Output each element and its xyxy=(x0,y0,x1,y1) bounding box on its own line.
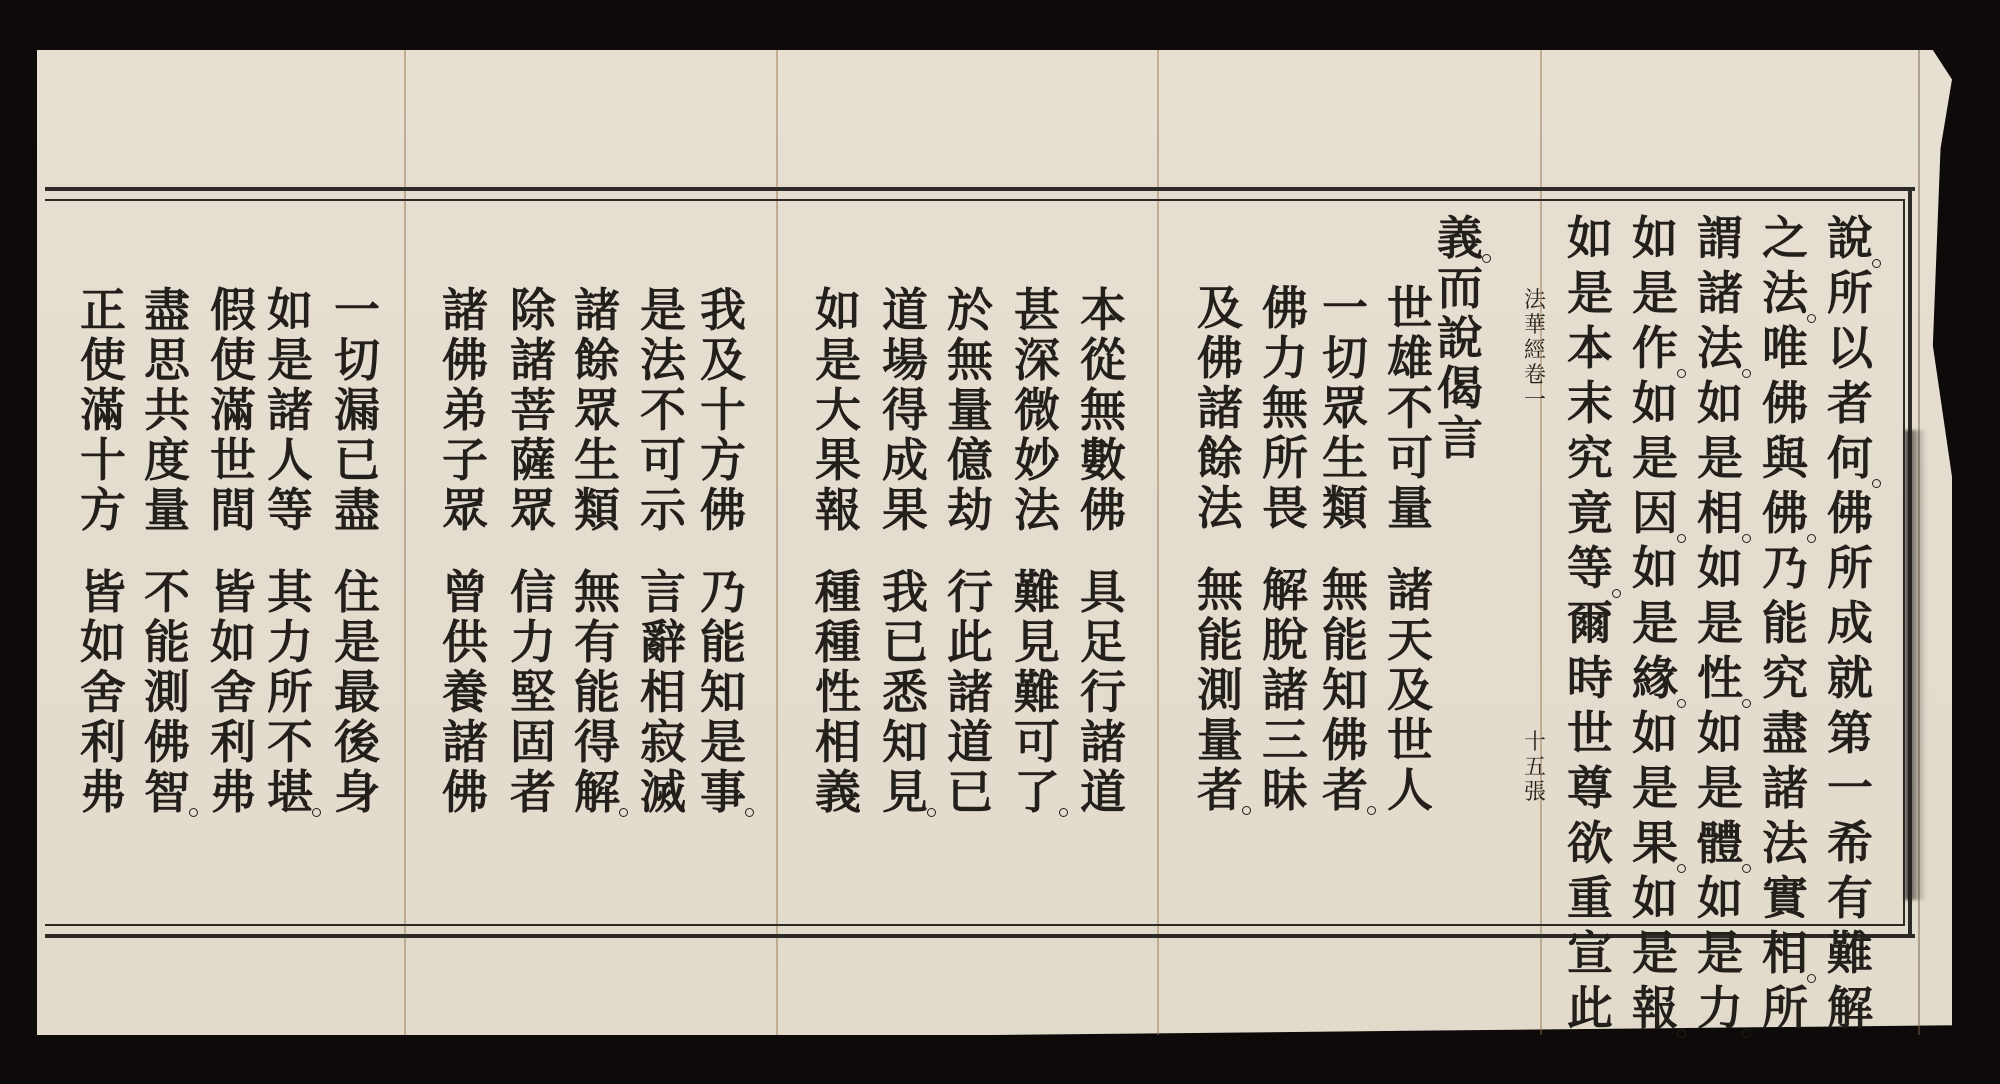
verse-line-upper: 諸佛弟子眾 xyxy=(438,287,492,537)
glyph: 力 xyxy=(1258,335,1312,385)
glyph: 得 xyxy=(570,719,624,769)
verse-line-upper: 是法不可示 xyxy=(636,287,690,537)
glyph: 是 xyxy=(1563,270,1617,325)
glyph: 是 xyxy=(1693,765,1747,820)
verse-line-lower: 曾供養諸佛 xyxy=(438,569,492,819)
verse-line-lower: 我已悉知見 xyxy=(878,569,932,819)
glyph: 不 xyxy=(263,719,317,769)
glyph: 類 xyxy=(1318,485,1372,535)
glyph: 道 xyxy=(878,287,932,337)
glyph: 如 xyxy=(1628,710,1682,765)
glyph: 切 xyxy=(1318,335,1372,385)
glyph: 足 xyxy=(1076,619,1130,669)
verse-line-upper: 除諸菩薩眾 xyxy=(506,287,560,537)
glyph: 盡 xyxy=(140,287,194,337)
ink-smudge xyxy=(1905,430,1927,900)
glyph: 是 xyxy=(1693,930,1747,985)
glyph: 眾 xyxy=(506,487,560,537)
glyph: 言 xyxy=(1433,415,1487,465)
glyph: 何 xyxy=(1823,435,1877,490)
glyph: 已 xyxy=(878,619,932,669)
glyph: 爾 xyxy=(1563,600,1617,655)
verse-line-lower: 言辭相寂滅 xyxy=(636,569,690,819)
glyph: 與 xyxy=(1758,435,1812,490)
glyph: 示 xyxy=(636,487,690,537)
panel-fold xyxy=(404,50,406,1035)
verse-line-lower: 皆如舍利弗 xyxy=(206,569,260,819)
glyph: 華 xyxy=(1522,315,1548,340)
verse-line-lower: 信力堅固者 xyxy=(506,569,560,819)
glyph: 果 xyxy=(811,437,865,487)
verse-line-upper: 諸餘眾生類 xyxy=(570,287,624,537)
glyph: 所 xyxy=(1823,545,1877,600)
verse-line-upper: 本從無數佛 xyxy=(1076,287,1130,537)
glyph: 所 xyxy=(1823,270,1877,325)
prose-column: 如是本末究竟等爾時世尊欲重宣此 xyxy=(1563,215,1617,1040)
glyph: 之 xyxy=(1758,215,1812,270)
glyph: 如 xyxy=(1693,710,1747,765)
glyph: 方 xyxy=(696,437,750,487)
glyph: 說 xyxy=(1823,215,1877,270)
glyph: 相 xyxy=(1693,490,1747,545)
glyph: 三 xyxy=(1258,717,1312,767)
glyph: 體 xyxy=(1693,820,1747,875)
glyph: 等 xyxy=(263,487,317,537)
glyph: 利 xyxy=(76,719,130,769)
glyph: 固 xyxy=(506,719,560,769)
glyph: 行 xyxy=(943,569,997,619)
glyph: 佛 xyxy=(438,769,492,819)
verse-line-lower: 解脫諸三昧 xyxy=(1258,567,1312,817)
glyph: 能 xyxy=(1193,617,1247,667)
glyph: 能 xyxy=(1318,617,1372,667)
glyph: 如 xyxy=(1628,380,1682,435)
glyph: 法 xyxy=(1010,487,1064,537)
glyph: 深 xyxy=(1010,337,1064,387)
glyph: 佛 xyxy=(140,719,194,769)
glyph: 佛 xyxy=(1318,717,1372,767)
glyph: 滿 xyxy=(206,387,260,437)
glyph: 已 xyxy=(330,437,384,487)
glyph: 餘 xyxy=(570,337,624,387)
glyph: 是 xyxy=(636,287,690,337)
glyph: 是 xyxy=(1693,600,1747,655)
glyph: 住 xyxy=(330,569,384,619)
top-border-thick xyxy=(45,187,1915,191)
glyph: 量 xyxy=(1383,485,1437,535)
glyph: 於 xyxy=(943,287,997,337)
glyph: 法 xyxy=(1758,270,1812,325)
glyph: 寂 xyxy=(636,719,690,769)
glyph: 作 xyxy=(1628,325,1682,380)
glyph: 所 xyxy=(263,669,317,719)
glyph: 法 xyxy=(1522,290,1548,315)
glyph: 能 xyxy=(696,619,750,669)
glyph: 解 xyxy=(1823,985,1877,1040)
glyph: 末 xyxy=(1563,380,1617,435)
glyph: 時 xyxy=(1563,655,1617,710)
glyph: 義 xyxy=(1433,215,1487,265)
glyph: 我 xyxy=(696,287,750,337)
glyph: 數 xyxy=(1076,437,1130,487)
glyph: 如 xyxy=(76,619,130,669)
glyph: 眾 xyxy=(438,487,492,537)
glyph: 性 xyxy=(1693,655,1747,710)
glyph: 諸 xyxy=(506,337,560,387)
glyph: 種 xyxy=(811,569,865,619)
glyph: 偈 xyxy=(1433,365,1487,415)
glyph: 說 xyxy=(1433,315,1487,365)
glyph: 雄 xyxy=(1383,335,1437,385)
glyph: 劫 xyxy=(943,487,997,537)
glyph: 十 xyxy=(696,387,750,437)
glyph: 生 xyxy=(570,437,624,487)
glyph: 假 xyxy=(206,287,260,337)
glyph: 不 xyxy=(636,387,690,437)
glyph: 使 xyxy=(206,337,260,387)
glyph: 及 xyxy=(1193,285,1247,335)
glyph: 諸 xyxy=(263,387,317,437)
glyph: 謂 xyxy=(1693,215,1747,270)
glyph: 度 xyxy=(140,437,194,487)
glyph: 此 xyxy=(943,619,997,669)
verse-line-upper: 一切眾生類 xyxy=(1318,285,1372,535)
glyph: 解 xyxy=(1258,567,1312,617)
glyph: 利 xyxy=(206,719,260,769)
glyph: 測 xyxy=(140,669,194,719)
glyph: 無 xyxy=(1258,385,1312,435)
glyph: 難 xyxy=(1010,569,1064,619)
glyph: 最 xyxy=(330,669,384,719)
glyph: 畏 xyxy=(1258,485,1312,535)
glyph: 是 xyxy=(811,337,865,387)
glyph: 緣 xyxy=(1628,655,1682,710)
glyph: 見 xyxy=(1010,619,1064,669)
glyph: 如 xyxy=(1628,875,1682,930)
glyph: 不 xyxy=(1383,385,1437,435)
glyph: 佛 xyxy=(438,337,492,387)
glyph: 是 xyxy=(1693,435,1747,490)
glyph: 量 xyxy=(140,487,194,537)
glyph: 脫 xyxy=(1258,617,1312,667)
glyph: 果 xyxy=(1628,820,1682,875)
glyph: 以 xyxy=(1823,325,1877,380)
glyph: 得 xyxy=(878,387,932,437)
prose-column: 謂諸法如是相如是性如是體如是力 xyxy=(1693,215,1747,1040)
glyph: 諸 xyxy=(1193,385,1247,435)
glyph: 具 xyxy=(1076,569,1130,619)
glyph: 乃 xyxy=(696,569,750,619)
verse-line-lower: 乃能知是事 xyxy=(696,569,750,819)
glyph: 無 xyxy=(570,569,624,619)
glyph: 知 xyxy=(696,669,750,719)
verse-line-lower: 皆如舍利弗 xyxy=(76,569,130,819)
glyph: 滿 xyxy=(76,387,130,437)
glyph: 了 xyxy=(1010,769,1064,819)
glyph: 相 xyxy=(636,669,690,719)
glyph: 難 xyxy=(1010,669,1064,719)
glyph: 弟 xyxy=(438,387,492,437)
glyph: 世 xyxy=(1563,710,1617,765)
glyph: 億 xyxy=(943,437,997,487)
glyph: 知 xyxy=(878,719,932,769)
verse-line-lower: 其力所不堪 xyxy=(263,569,317,819)
verse-line-lower: 住是最後身 xyxy=(330,569,384,819)
glyph: 我 xyxy=(878,569,932,619)
glyph: 相 xyxy=(811,719,865,769)
verse-line-lower: 無能知佛者 xyxy=(1318,567,1372,817)
verse-line-upper: 我及十方佛 xyxy=(696,287,750,537)
glyph: 不 xyxy=(140,569,194,619)
glyph: 乃 xyxy=(1758,545,1812,600)
glyph: 者 xyxy=(1823,380,1877,435)
glyph: 者 xyxy=(1318,767,1372,817)
glyph: 能 xyxy=(140,619,194,669)
glyph: 已 xyxy=(943,769,997,819)
glyph: 如 xyxy=(811,287,865,337)
glyph: 及 xyxy=(696,337,750,387)
verse-line-upper: 及佛諸餘法 xyxy=(1193,285,1247,535)
glyph: 張 xyxy=(1522,782,1548,807)
glyph: 等 xyxy=(1563,545,1617,600)
glyph: 皆 xyxy=(76,569,130,619)
prose-column: 之法唯佛與佛乃能究盡諸法實相所 xyxy=(1758,215,1812,1040)
glyph: 佛 xyxy=(1193,335,1247,385)
glyph: 法 xyxy=(1758,820,1812,875)
glyph: 行 xyxy=(1076,669,1130,719)
glyph: 除 xyxy=(506,287,560,337)
glyph: 十 xyxy=(1522,732,1548,757)
glyph: 是 xyxy=(696,719,750,769)
glyph: 究 xyxy=(1563,435,1617,490)
glyph: 是 xyxy=(1628,930,1682,985)
glyph: 盡 xyxy=(330,487,384,537)
glyph: 一 xyxy=(330,287,384,337)
verse-line-lower: 具足行諸道 xyxy=(1076,569,1130,819)
glyph: 本 xyxy=(1076,287,1130,337)
glyph: 究 xyxy=(1758,655,1812,710)
glyph: 舍 xyxy=(76,669,130,719)
glyph: 悉 xyxy=(878,669,932,719)
verse-line-lower: 無有能得解 xyxy=(570,569,624,819)
margin-folio-number: 十五張 xyxy=(1522,732,1548,807)
glyph: 重 xyxy=(1563,875,1617,930)
verse-line-upper: 盡思共度量 xyxy=(140,287,194,537)
glyph: 堅 xyxy=(506,669,560,719)
bottom-border-thin xyxy=(45,924,1905,926)
glyph: 是 xyxy=(1628,270,1682,325)
glyph: 類 xyxy=(570,487,624,537)
glyph: 五 xyxy=(1522,757,1548,782)
glyph: 可 xyxy=(1010,719,1064,769)
glyph: 辭 xyxy=(636,619,690,669)
glyph: 一 xyxy=(1823,765,1877,820)
glyph: 力 xyxy=(263,619,317,669)
glyph: 諸 xyxy=(1383,567,1437,617)
glyph: 場 xyxy=(878,337,932,387)
glyph: 諸 xyxy=(1693,270,1747,325)
prose-column: 如是作如是因如是緣如是果如是報 xyxy=(1628,215,1682,1040)
verse-line-upper: 於無量億劫 xyxy=(943,287,997,537)
glyph: 經 xyxy=(1522,340,1548,365)
glyph: 事 xyxy=(696,769,750,819)
glyph: 量 xyxy=(1193,717,1247,767)
glyph: 可 xyxy=(1383,435,1437,485)
glyph: 諸 xyxy=(438,719,492,769)
glyph: 果 xyxy=(878,487,932,537)
glyph: 弗 xyxy=(206,769,260,819)
glyph: 及 xyxy=(1383,667,1437,717)
glyph: 者 xyxy=(506,769,560,819)
glyph: 是 xyxy=(330,619,384,669)
glyph: 諸 xyxy=(438,287,492,337)
glyph: 而 xyxy=(1433,265,1487,315)
verse-line-upper: 世雄不可量 xyxy=(1383,285,1437,535)
glyph: 是 xyxy=(1628,600,1682,655)
glyph: 是 xyxy=(263,337,317,387)
glyph: 成 xyxy=(878,437,932,487)
glyph: 報 xyxy=(1628,985,1682,1040)
verse-line-lower: 無能測量者 xyxy=(1193,567,1247,817)
glyph: 智 xyxy=(140,769,194,819)
glyph: 難 xyxy=(1823,930,1877,985)
glyph: 法 xyxy=(636,337,690,387)
glyph: 十 xyxy=(76,437,130,487)
glyph: 昧 xyxy=(1258,767,1312,817)
glyph: 無 xyxy=(943,337,997,387)
glyph: 可 xyxy=(636,437,690,487)
verse-line-upper: 道場得成果 xyxy=(878,287,932,537)
glyph: 堪 xyxy=(263,769,317,819)
glyph: 佛 xyxy=(1258,285,1312,335)
glyph: 間 xyxy=(206,487,260,537)
glyph: 成 xyxy=(1823,600,1877,655)
glyph: 有 xyxy=(570,619,624,669)
glyph: 竟 xyxy=(1563,490,1617,545)
glyph: 相 xyxy=(1758,930,1812,985)
prose-column: 說所以者何佛所成就第一希有難解 xyxy=(1823,215,1877,1040)
glyph: 法 xyxy=(1693,325,1747,380)
verse-line-upper: 假使滿世間 xyxy=(206,287,260,537)
glyph: 餘 xyxy=(1193,435,1247,485)
glyph: 大 xyxy=(811,387,865,437)
glyph: 養 xyxy=(438,669,492,719)
glyph: 滅 xyxy=(636,769,690,819)
panel-fold xyxy=(1540,50,1542,1035)
verse-line-upper: 佛力無所畏 xyxy=(1258,285,1312,535)
glyph: 無 xyxy=(1076,387,1130,437)
verse-line-lower: 種種性相義 xyxy=(811,569,865,819)
glyph: 世 xyxy=(1383,285,1437,335)
glyph: 是 xyxy=(1628,435,1682,490)
verse-line-upper: 如是大果報 xyxy=(811,287,865,537)
glyph: 見 xyxy=(878,769,932,819)
glyph: 如 xyxy=(263,287,317,337)
glyph: 正 xyxy=(76,287,130,337)
glyph: 微 xyxy=(1010,387,1064,437)
glyph: 所 xyxy=(1758,985,1812,1040)
glyph: 方 xyxy=(76,487,130,537)
glyph: 道 xyxy=(943,719,997,769)
glyph: 皆 xyxy=(206,569,260,619)
glyph: 子 xyxy=(438,437,492,487)
glyph: 知 xyxy=(1318,667,1372,717)
glyph: 一 xyxy=(1318,285,1372,335)
glyph: 報 xyxy=(811,487,865,537)
glyph: 其 xyxy=(263,569,317,619)
glyph: 人 xyxy=(1383,767,1437,817)
glyph: 唯 xyxy=(1758,325,1812,380)
glyph: 測 xyxy=(1193,667,1247,717)
glyph: 卷 xyxy=(1522,365,1548,390)
glyph: 諸 xyxy=(1076,719,1130,769)
glyph: 甚 xyxy=(1010,287,1064,337)
glyph: 佛 xyxy=(696,487,750,537)
glyph: 能 xyxy=(1758,600,1812,655)
glyph: 一 xyxy=(1522,390,1548,415)
glyph: 弗 xyxy=(76,769,130,819)
glyph: 諸 xyxy=(1258,667,1312,717)
glyph: 有 xyxy=(1823,875,1877,930)
glyph: 實 xyxy=(1758,875,1812,930)
glyph: 無 xyxy=(1318,567,1372,617)
panel-fold xyxy=(776,50,778,1035)
verse-line-lower: 難見難可了 xyxy=(1010,569,1064,819)
glyph: 如 xyxy=(1563,215,1617,270)
glyph: 信 xyxy=(506,569,560,619)
glyph: 薩 xyxy=(506,437,560,487)
glyph: 佛 xyxy=(1758,380,1812,435)
glyph: 力 xyxy=(1693,985,1747,1040)
glyph: 漏 xyxy=(330,387,384,437)
glyph: 因 xyxy=(1628,490,1682,545)
glyph: 供 xyxy=(438,619,492,669)
glyph: 法 xyxy=(1193,485,1247,535)
glyph: 人 xyxy=(263,437,317,487)
glyph: 量 xyxy=(943,387,997,437)
glyph: 諸 xyxy=(1758,765,1812,820)
top-border-thin xyxy=(45,199,1905,201)
glyph: 切 xyxy=(330,337,384,387)
glyph: 此 xyxy=(1563,985,1617,1040)
verse-line-upper: 正使滿十方 xyxy=(76,287,130,537)
glyph: 世 xyxy=(206,437,260,487)
glyph: 是 xyxy=(1628,765,1682,820)
glyph: 曾 xyxy=(438,569,492,619)
glyph: 解 xyxy=(570,769,624,819)
verse-intro-column: 義而說偈言 xyxy=(1433,215,1487,465)
glyph: 言 xyxy=(636,569,690,619)
verse-line-upper: 如是諸人等 xyxy=(263,287,317,537)
glyph: 者 xyxy=(1193,767,1247,817)
glyph: 天 xyxy=(1383,617,1437,667)
glyph: 本 xyxy=(1563,325,1617,380)
glyph: 佛 xyxy=(1823,490,1877,545)
glyph: 如 xyxy=(1628,215,1682,270)
glyph: 眾 xyxy=(570,387,624,437)
glyph: 生 xyxy=(1318,435,1372,485)
verse-line-lower: 行此諸道已 xyxy=(943,569,997,819)
glyph: 盡 xyxy=(1758,710,1812,765)
glyph: 身 xyxy=(330,769,384,819)
glyph: 世 xyxy=(1383,717,1437,767)
glyph: 菩 xyxy=(506,387,560,437)
glyph: 就 xyxy=(1823,655,1877,710)
glyph: 舍 xyxy=(206,669,260,719)
glyph: 所 xyxy=(1258,435,1312,485)
glyph: 無 xyxy=(1193,567,1247,617)
glyph: 尊 xyxy=(1563,765,1617,820)
